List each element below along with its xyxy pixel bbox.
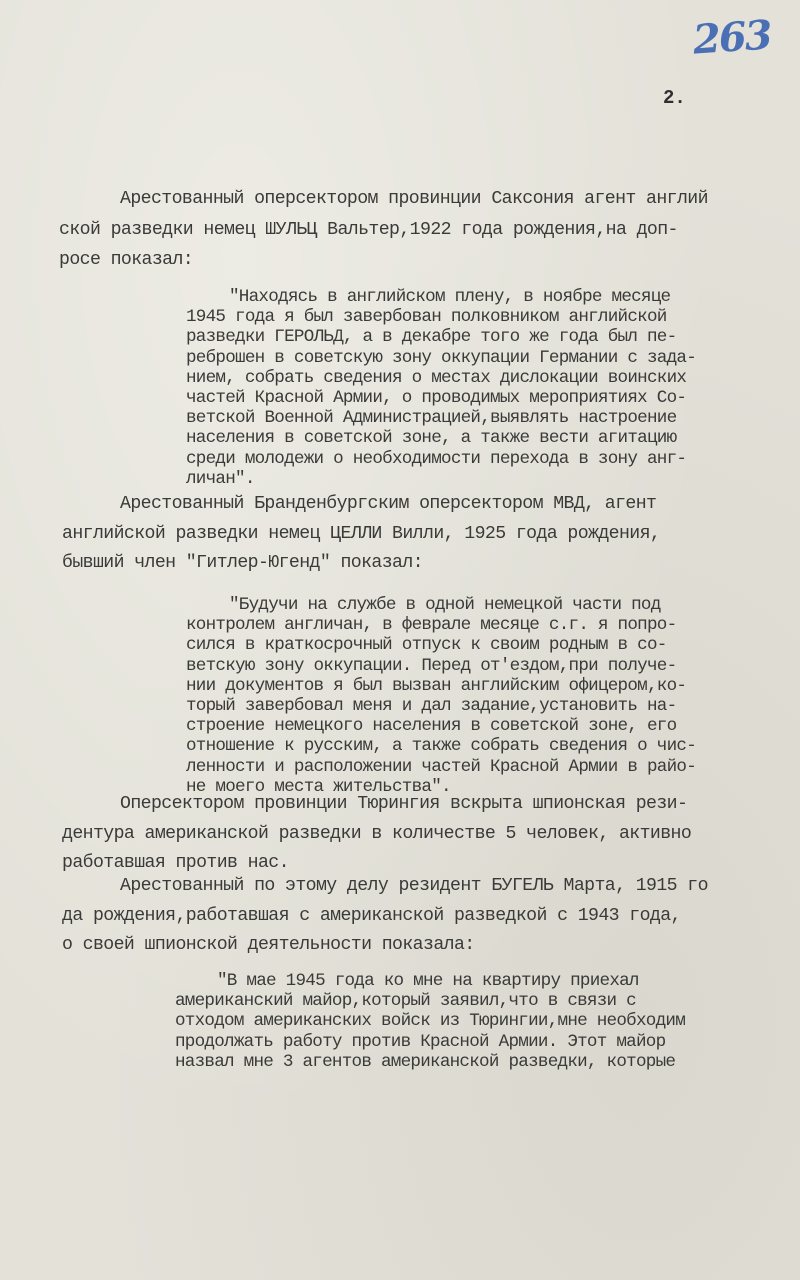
text-line: ветскую зону оккупации. Перед от'ездом,п… (186, 658, 676, 676)
text-line: строение немецкого населения в советской… (186, 718, 676, 736)
text-line: английской разведки немец ЦЕЛЛИ Вилли, 1… (62, 525, 660, 543)
text-line: Арестованный оперсектором провинции Сакс… (120, 190, 708, 208)
text-line: "В мае 1945 года ко мне на квартиру прие… (217, 973, 639, 991)
text-line: разведки ГЕРОЛЬД, а в декабре того же го… (186, 329, 676, 347)
text-line: назвал мне 3 агентов американской развед… (175, 1054, 675, 1072)
text-line: 1945 года я был завербован полковником а… (186, 309, 667, 327)
text-line: торый завербовал меня и дал задание,уста… (186, 698, 676, 716)
text-line: о своей шпионской деятельности показала: (62, 936, 475, 954)
text-line: да рождения,работавшая с американской ра… (62, 907, 681, 925)
text-line: американский майор,который заявил,что в … (175, 993, 636, 1011)
text-line: бывший член "Гитлер-Югенд" показал: (62, 554, 423, 572)
text-line: Оперсектором провинции Тюрингия вскрыта … (120, 795, 687, 813)
text-line: реброшен в советскую зону оккупации Герм… (186, 350, 696, 368)
text-line: среди молодежи о необходимости перехода … (186, 451, 686, 469)
text-line: нии документов я был вызван английским о… (186, 678, 686, 696)
text-line: ленности и расположении частей Красной А… (186, 759, 696, 777)
text-line: "Находясь в английском плену, в ноябре м… (229, 289, 670, 307)
text-line: Арестованный Бранденбургским оперсекторо… (120, 495, 656, 513)
text-line: населения в советской зоне, а также вест… (186, 430, 676, 448)
text-line: работавшая против нас. (62, 854, 289, 872)
archive-page-number: 263 (691, 11, 772, 63)
text-line: нием, собрать сведения о местах дислокац… (186, 370, 686, 388)
text-line: личан". (186, 471, 255, 489)
text-line: сился в краткосрочный отпуск к своим род… (186, 637, 667, 655)
text-line: Арестованный по этому делу резидент БУГЕ… (120, 877, 708, 895)
text-line: ской разведки немец ШУЛЬЦ Вальтер,1922 г… (59, 221, 678, 239)
text-line: дентура американской разведки в количест… (62, 825, 691, 843)
page-number: 2. (663, 87, 686, 109)
text-line: ветской Военной Администрацией,выявлять … (186, 410, 676, 428)
text-line: отношение к русским, а также собрать све… (186, 738, 696, 756)
text-line: контролем англичан, в феврале месяце с.г… (186, 617, 676, 635)
text-line: частей Красной Армии, о проводимых мероп… (186, 390, 686, 408)
text-line: отходом американских войск из Тюрингии,м… (175, 1013, 685, 1031)
text-line: продолжать работу против Красной Армии. … (175, 1034, 665, 1052)
text-line: росе показал: (59, 251, 193, 269)
text-line: "Будучи на службе в одной немецкой части… (229, 597, 661, 615)
